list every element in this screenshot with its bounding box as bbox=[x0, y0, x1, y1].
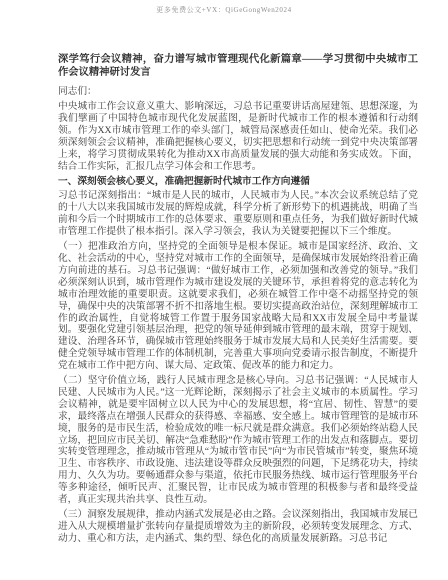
salutation: 同志们： bbox=[58, 86, 418, 98]
paragraph: 中央城市工作会议意义重大、影响深远，习总书记重要讲话高屋建瓴、思想深邃，为我们擘… bbox=[58, 101, 418, 172]
paragraph: （一）把准政治方向，坚持党的全面领导是根本保证。城市是国家经济、政治、文化、社会… bbox=[58, 241, 418, 372]
watermark-text: 更多免费公文+VX：QiGeGongWen2024 bbox=[0, 5, 448, 15]
document-page: 深学笃行会议精神，奋力谱写城市管理现代化新篇章——学习贯彻中央城市工作会议精神研… bbox=[58, 54, 418, 548]
document-title: 深学笃行会议精神，奋力谱写城市管理现代化新篇章——学习贯彻中央城市工作会议精神研… bbox=[58, 54, 418, 79]
paragraph: 习总书记深刻指出：“城市是人民的城市，人民城市为人民。”本次会议系统总结了党的十… bbox=[58, 190, 418, 238]
paragraph: （二）坚守价值立场，践行人民城市理念是核心导向。习总书记强调：“人民城市人民建、… bbox=[58, 375, 418, 506]
paragraph: （三）洞察发展规律，推动内涵式发展是必由之路。会议深刻指出，我国城市发展已进入从… bbox=[58, 509, 418, 545]
section-heading: 一、深刻领会核心要义，准确把握新时代城市工作方向遵循 bbox=[58, 176, 418, 188]
document-body: 中央城市工作会议意义重大、影响深远，习总书记重要讲话高屋建瓴、思想深邃，为我们擘… bbox=[58, 101, 418, 545]
